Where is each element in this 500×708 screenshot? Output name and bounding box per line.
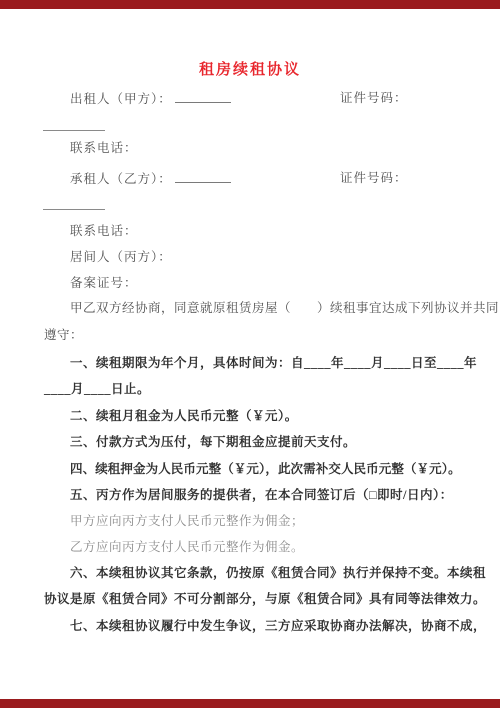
clause-3: 三、付款方式为压付，每下期租金应提前天支付。 xyxy=(70,435,356,450)
tenant-blank-wrap-line xyxy=(43,209,105,210)
tenant-id-label: 证件号码： xyxy=(340,171,408,186)
intro-line-2: 遵守： xyxy=(44,328,83,343)
clause-2: 二、续租月租金为人民币元整（￥元）。 xyxy=(70,409,298,424)
clause-6-line-2: 协议是原《租赁合同》不可分割部分，与原《租赁合同》具有同等法律效力。 xyxy=(44,592,486,607)
clause-5: 五、丙方作为居间服务的提供者，在本合同签订后（□即时/日内）： xyxy=(70,488,453,503)
landlord-row: 出租人（甲方）： xyxy=(70,91,231,107)
record-number-label: 备案证号： xyxy=(70,276,138,291)
clause-5-sub-2: 乙方应向丙方支付人民币元整作为佣金。 xyxy=(70,540,304,555)
tenant-name-blank xyxy=(175,171,231,183)
clause-7: 七、本续租协议履行中发生争议，三方应采取协商办法解决，协商不成， xyxy=(70,619,486,634)
clause-6-line-1: 六、本续租协议其它条款，仍按原《租赁合同》执行并保持不变。本续租 xyxy=(70,566,486,581)
bottom-red-bar xyxy=(0,699,500,708)
agent-label: 居间人（丙方）： xyxy=(70,250,172,265)
intro-line-1: 甲乙双方经协商，同意就原租赁房屋（ ）续租事宜达成下列协议并共同 xyxy=(70,301,499,316)
clause-5-sub-1: 甲方应向丙方支付人民币元整作为佣金； xyxy=(70,514,304,529)
top-red-bar xyxy=(0,0,500,9)
landlord-blank-wrap-line xyxy=(43,130,105,131)
tenant-label: 承租人（乙方）： xyxy=(70,172,172,186)
clause-4: 四、续租押金为人民币元整（￥元），此次需补交人民币元整（￥元）。 xyxy=(70,462,461,477)
tenant-phone-label: 联系电话： xyxy=(70,224,138,239)
landlord-label: 出租人（甲方）： xyxy=(70,92,172,106)
tenant-row: 承租人（乙方）： xyxy=(70,171,231,187)
clause-1-line-2: ____月____日止。 xyxy=(44,382,150,397)
landlord-id-label: 证件号码： xyxy=(340,91,408,106)
landlord-name-blank xyxy=(175,91,231,103)
document-title: 租房续租协议 xyxy=(0,58,500,79)
clause-1-line-1: 一、续租期限为年个月，具体时间为：自____年____月____日至____年 xyxy=(70,356,477,371)
document-page: 租房续租协议 出租人（甲方）： 证件号码： 联系电话： 承租人（乙方）： 证件号… xyxy=(0,0,500,708)
landlord-phone-label: 联系电话： xyxy=(70,141,138,156)
